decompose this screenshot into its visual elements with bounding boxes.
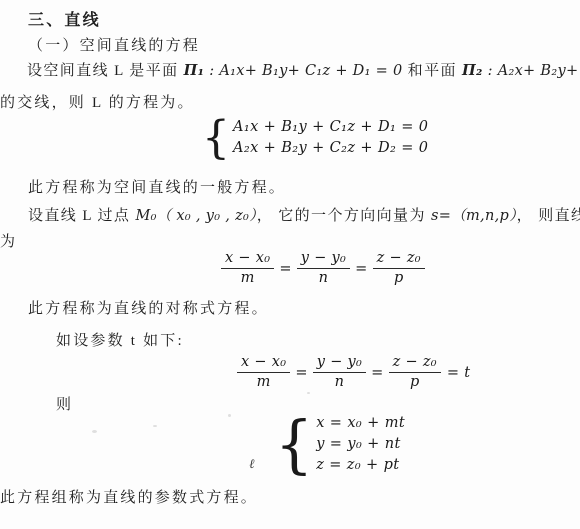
fraction-denominator: m (257, 373, 271, 391)
equals-sign: = (295, 365, 307, 381)
fraction-numerator: x − x₀ (237, 354, 290, 373)
equation-lines: A₁x + B₁y + C₁z + D₁ = 0 A₂x + B₂y + C₂z… (233, 117, 428, 159)
fraction-numerator: x − x₀ (221, 250, 274, 269)
fraction-numerator: y − y₀ (297, 250, 350, 269)
left-brace: { (275, 413, 313, 476)
formula-symmetric-with-t: x − x₀ m = y − y₀ n = z − z₀ p = t (237, 354, 470, 391)
scan-artifact (228, 414, 231, 417)
text-segment: s=（m,n,p） (431, 208, 517, 224)
formula-general-equations: { A₁x + B₁y + C₁z + D₁ = 0 A₂x + B₂y + C… (202, 116, 428, 160)
fraction: x − x₀ m (221, 250, 274, 287)
text-segment: M₀（ x₀ , y₀ , z₀） (135, 208, 256, 224)
text-segment: ， 则直线 L 的方程 (517, 208, 580, 224)
fraction: x − x₀ m (237, 354, 290, 391)
text-segment: 设空间直线 L 是平面 (27, 63, 184, 79)
equation-line: x = x₀ + mt (316, 413, 405, 434)
left-brace: { (202, 116, 230, 161)
paragraph-line: 则 (56, 393, 73, 414)
text-segment: 和平面 (403, 63, 463, 79)
fraction: y − y₀ n (313, 354, 366, 391)
fraction-numerator: z − z₀ (373, 250, 425, 269)
fraction: y − y₀ n (297, 250, 350, 287)
paragraph-line: 此方程组称为直线的参数式方程。 (0, 486, 258, 507)
formula-parametric-equations: { x = x₀ + mt y = y₀ + nt z = z₀ + pt (275, 413, 405, 476)
paragraph-line: 的交线，则 L 的方程为。 (0, 91, 195, 112)
section-heading: 三、直线 (28, 7, 101, 30)
subsection-heading: （一）空间直线的方程 (28, 34, 200, 55)
text-segment: Π₁ (184, 62, 205, 79)
text-segment: : A₁x+ B₁y+ C₁z + D₁ = 0 (204, 63, 402, 79)
paragraph-line: 设空间直线 L 是平面 Π₁ : A₁x+ B₁y+ C₁z + D₁ = 0 … (27, 59, 580, 80)
paragraph-line: 为 (0, 230, 17, 251)
equals-sign: = (279, 261, 291, 277)
fraction-denominator: n (335, 373, 345, 391)
paragraph-line: 如设参数 t 如下: (56, 329, 184, 350)
fraction-denominator: m (241, 269, 255, 287)
equation-line: y = y₀ + nt (316, 434, 405, 455)
fraction-denominator: p (410, 373, 420, 391)
equation-lines: x = x₀ + mt y = y₀ + nt z = z₀ + pt (316, 413, 405, 476)
equation-line: A₂x + B₂y + C₂z + D₂ = 0 (233, 138, 428, 159)
text-segment: ， 它的一个方向向量为 (257, 208, 431, 224)
fraction-numerator: y − y₀ (313, 354, 366, 373)
equals-t-tail: = t (447, 365, 471, 381)
fraction-denominator: p (394, 269, 404, 287)
formula-symmetric: x − x₀ m = y − y₀ n = z − z₀ p (221, 250, 425, 287)
text-segment: : A₂x+ B₂y+ C₂z + D₂ = 0, (483, 63, 580, 79)
paragraph-line: 此方程称为直线的对称式方程。 (28, 297, 269, 318)
stray-scan-mark: ℓ (249, 456, 254, 472)
text-segment: 设直线 L 过点 (28, 208, 135, 224)
text-segment: Π₂ (462, 62, 483, 79)
equals-sign: = (371, 365, 383, 381)
scan-artifact (307, 392, 310, 394)
equation-line: z = z₀ + pt (316, 455, 405, 476)
fraction-denominator: n (319, 269, 329, 287)
equals-sign: = (355, 261, 367, 277)
paragraph-line: 此方程称为空间直线的一般方程。 (28, 176, 286, 197)
equation-line: A₁x + B₁y + C₁z + D₁ = 0 (233, 117, 428, 138)
paragraph-line: 设直线 L 过点 M₀（ x₀ , y₀ , z₀）， 它的一个方向向量为 s=… (28, 204, 580, 225)
fraction: z − z₀ p (389, 354, 441, 391)
scan-artifact (92, 430, 97, 433)
fraction-numerator: z − z₀ (389, 354, 441, 373)
fraction: z − z₀ p (373, 250, 425, 287)
scan-artifact (153, 425, 157, 427)
document-page: 三、直线 （一）空间直线的方程 设空间直线 L 是平面 Π₁ : A₁x+ B₁… (0, 0, 580, 529)
